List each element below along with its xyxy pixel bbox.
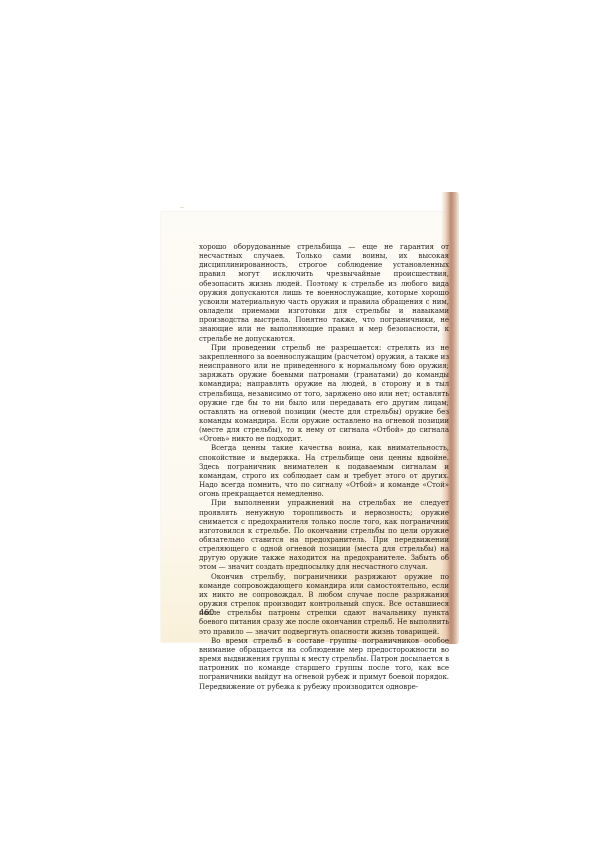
book-page: хорошо оборудованные стрельбища — еще не… bbox=[161, 212, 453, 642]
paragraph: Всегда ценны такие качества воина, как в… bbox=[199, 443, 449, 498]
body-text: хорошо оборудованные стрельбища — еще не… bbox=[199, 242, 449, 691]
paragraph: При проведении стрельб не разрешается: с… bbox=[199, 343, 449, 444]
paragraph: хорошо оборудованные стрельбища — еще не… bbox=[199, 242, 449, 343]
paragraph: Во время стрельб в составе группы погран… bbox=[199, 636, 449, 691]
page-number: 460 bbox=[199, 608, 214, 617]
scan-artifact-mark bbox=[180, 207, 184, 208]
paragraph: Окончив стрельбу, пограничники разряжают… bbox=[199, 572, 449, 636]
paragraph: При выполнении упражнений на стрельбах н… bbox=[199, 498, 449, 571]
